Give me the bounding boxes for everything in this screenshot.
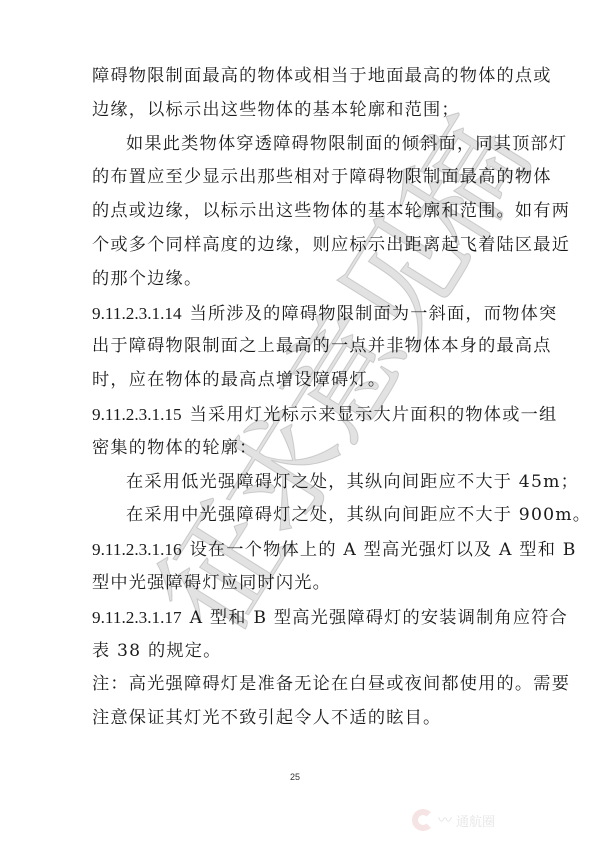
text-line: 的布置应至少显示出那些相对于障碍物限制面最高的物体 [92, 161, 512, 195]
document-page: 征求意见稿 障碍物限制面最高的物体或相当于地面最高的物体的点或 边缘，以标示出这… [0, 0, 600, 848]
logo-c-icon [412, 809, 434, 831]
text-line: 障碍物限制面最高的物体或相当于地面最高的物体的点或 [92, 60, 512, 94]
text-line: 个或多个同样高度的边缘，则应标示出距离起飞着陆区最近 [92, 229, 512, 263]
clause-17: 9.11.2.3.1.17A 型和 B 型高光强障碍灯的安装调制角应符合 [92, 601, 512, 635]
clause-16: 9.11.2.3.1.16设在一个物体上的 A 型高光强灯以及 A 型和 B [92, 533, 512, 567]
clause-text: 当所涉及的障碍物限制面为一斜面，而物体突 [190, 304, 558, 324]
note-line: 注：高光强障碍灯是准备无论在白昼或夜间都使用的。需要 [92, 668, 512, 702]
text-line: 的那个边缘。 [92, 263, 512, 297]
clause-14: 9.11.2.3.1.14当所涉及的障碍物限制面为一斜面，而物体突 [92, 297, 512, 331]
text-line: 时，应在物体的最高点增设障碍灯。 [92, 364, 512, 398]
note-line: 注意保证其灯光不致引起令人不适的眩目。 [92, 702, 512, 736]
clause-number: 9.11.2.3.1.17 [92, 608, 182, 627]
bird-icon: 〰 [438, 810, 452, 830]
text-line: 边缘，以标示出这些物体的基本轮廓和范围； [92, 94, 512, 128]
clause-number: 9.11.2.3.1.14 [92, 304, 182, 323]
clause-number: 9.11.2.3.1.15 [92, 405, 182, 424]
document-body: 障碍物限制面最高的物体或相当于地面最高的物体的点或 边缘，以标示出这些物体的基本… [92, 60, 512, 736]
sub-item: 在采用中光强障碍灯之处，其纵向间距应不大于 900m。 [92, 499, 512, 533]
text-line: 出于障碍物限制面之上最高的一点并非物体本身的最高点 [92, 330, 512, 364]
text-line: 型中光强障碍灯应同时闪光。 [92, 567, 512, 601]
clause-number: 9.11.2.3.1.16 [92, 540, 182, 559]
text-line: 密集的物体的轮廓： [92, 432, 512, 466]
text-line: 的点或边缘，以标示出这些物体的基本轮廓和范围。如有两 [92, 195, 512, 229]
text-line: 表 38 的规定。 [92, 635, 512, 669]
clause-text: 设在一个物体上的 A 型高光强灯以及 A 型和 B [190, 540, 577, 560]
page-number: 25 [290, 772, 300, 782]
logo-text: 通航圈 [456, 811, 495, 830]
sub-item: 在采用低光强障碍灯之处，其纵向间距应不大于 45m； [92, 466, 512, 500]
clause-15: 9.11.2.3.1.15当采用灯光标示来显示大片面积的物体或一组 [92, 398, 512, 432]
text-line: 如果此类物体穿透障碍物限制面的倾斜面，同其顶部灯 [92, 128, 512, 162]
clause-text: 当采用灯光标示来显示大片面积的物体或一组 [190, 405, 558, 425]
source-logo: 〰 通航圈 [412, 808, 592, 832]
clause-text: A 型和 B 型高光强障碍灯的安装调制角应符合 [190, 608, 568, 628]
